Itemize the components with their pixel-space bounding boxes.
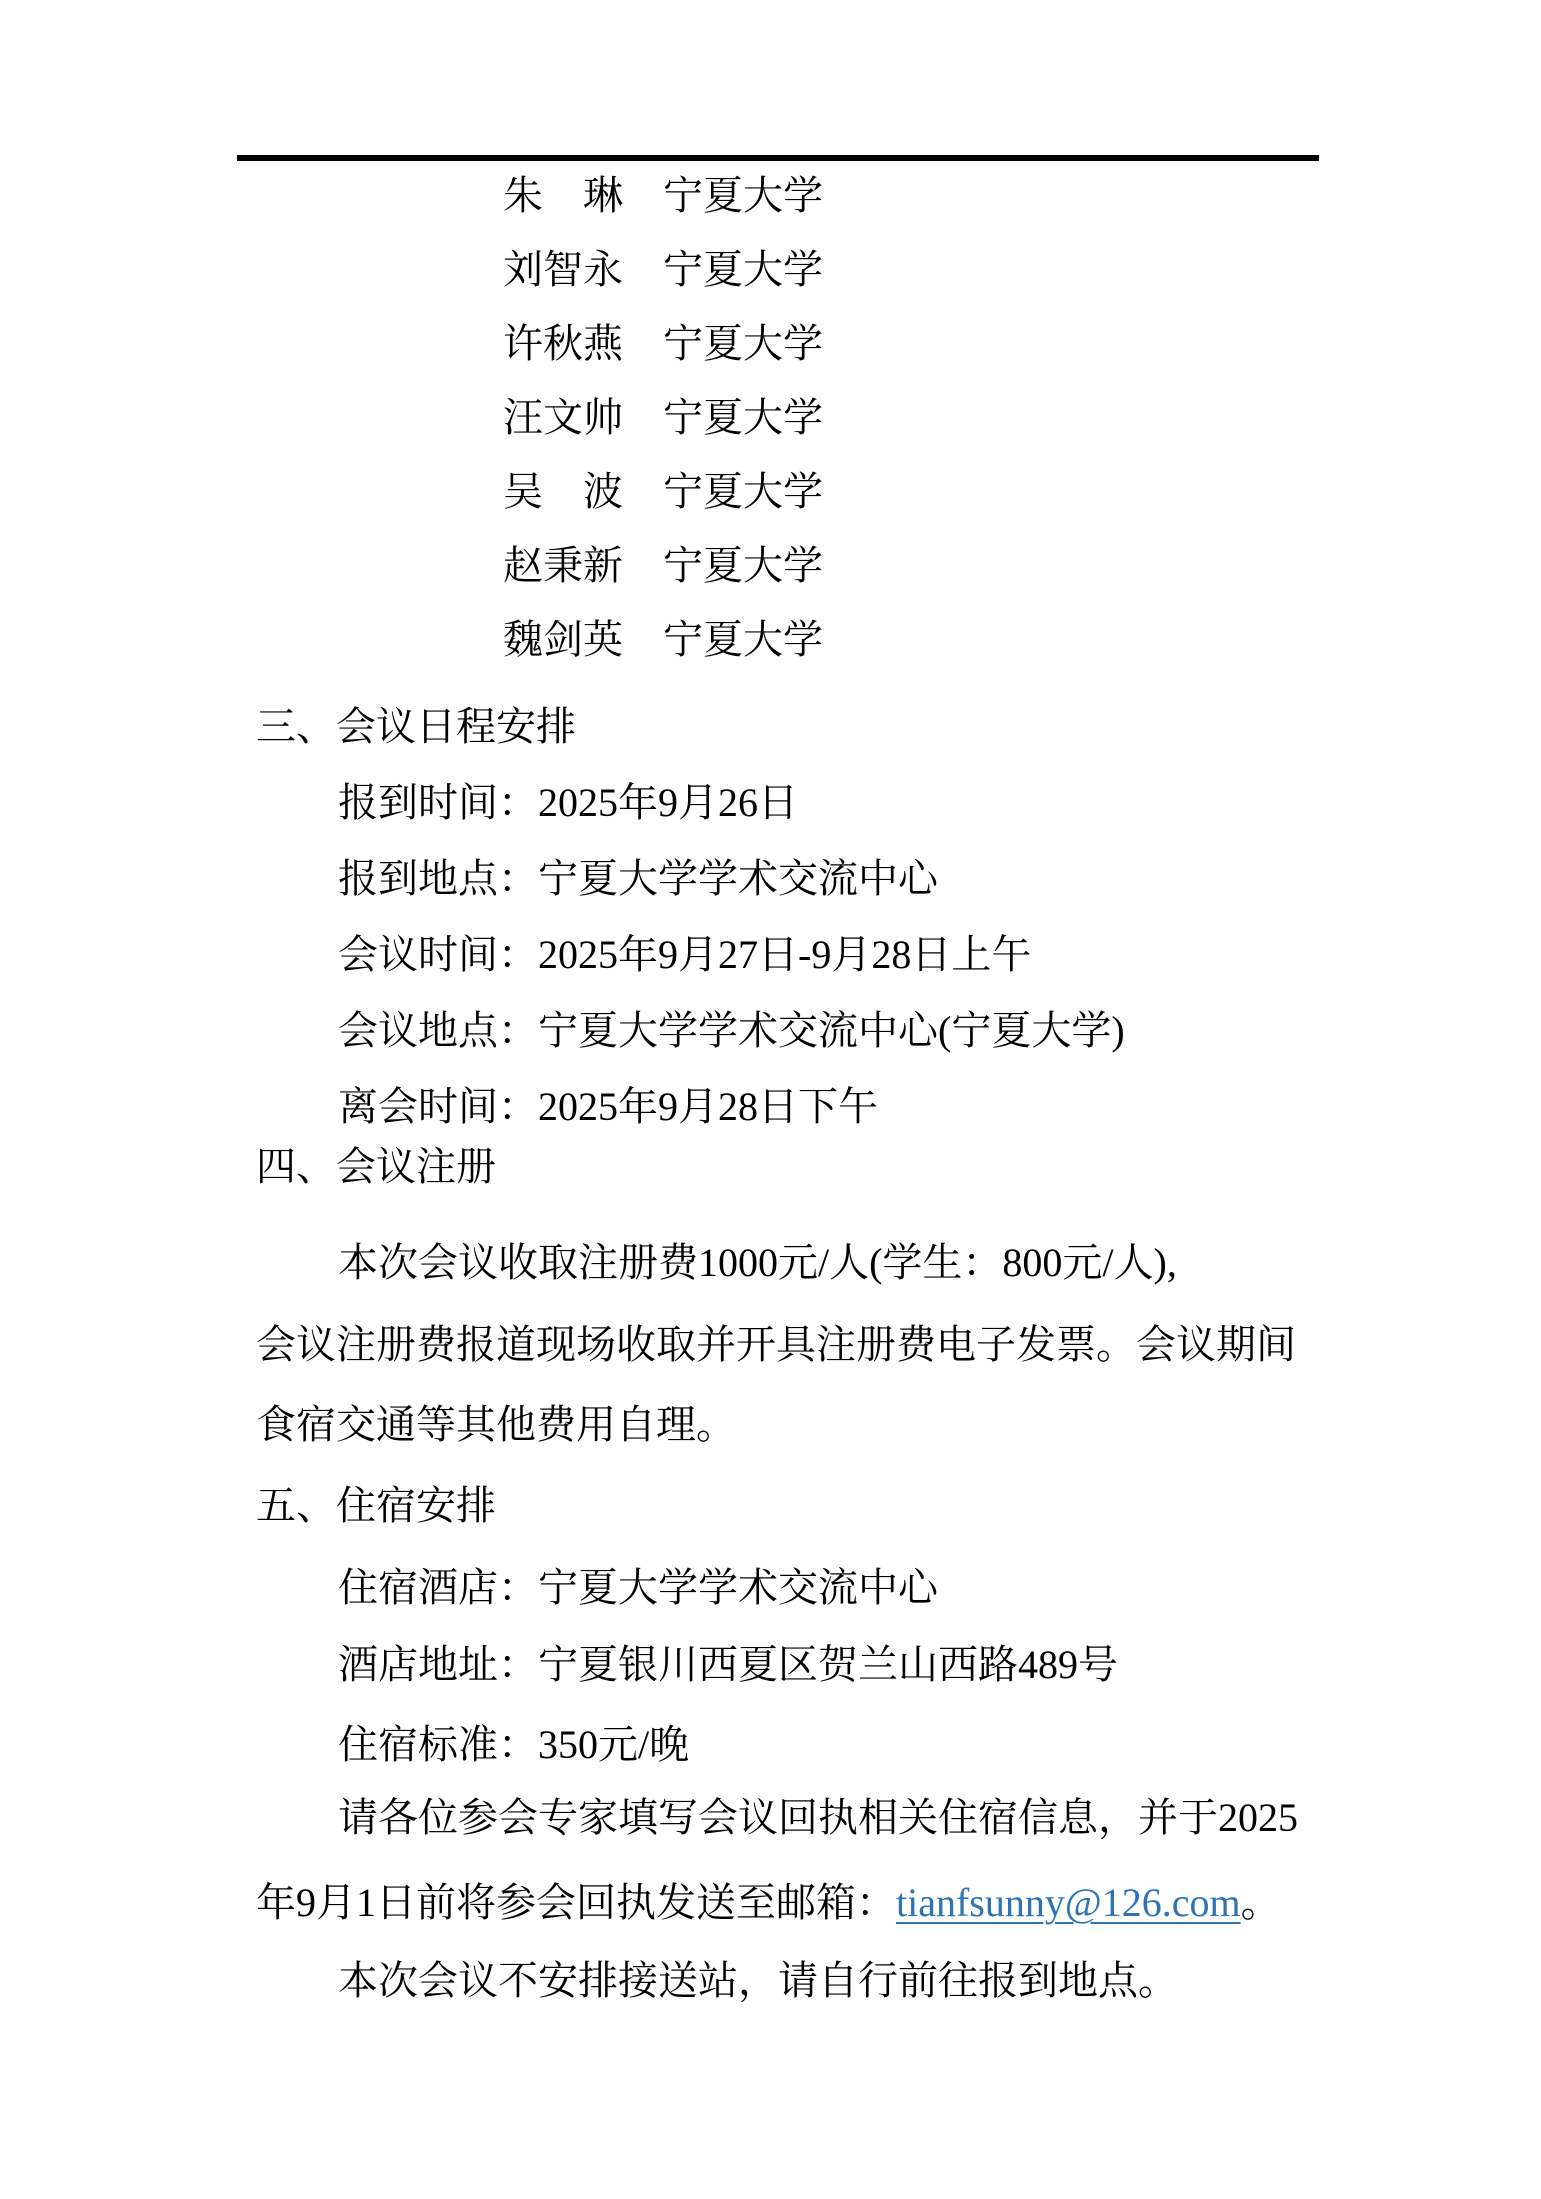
attendee-org: 宁夏大学 xyxy=(663,618,823,662)
section-heading-accommodation: 五、住宿安排 xyxy=(256,1484,496,1528)
schedule-checkin-place: 报到地点：宁夏大学学术交流中心 xyxy=(338,857,938,901)
attendee-name: 朱 琳 xyxy=(503,174,623,218)
registration-fee-line: 本次会议收取注册费1000元/人(学生：800元/人), xyxy=(338,1241,1177,1285)
attendee-name: 许秋燕 xyxy=(503,322,623,366)
schedule-meeting-time: 会议时间：2025年9月27日-9月28日上午 xyxy=(338,933,1031,977)
schedule-meeting-place: 会议地点：宁夏大学学术交流中心(宁夏大学) xyxy=(338,1009,1125,1053)
attendee-org: 宁夏大学 xyxy=(663,396,823,440)
attendee-org: 宁夏大学 xyxy=(663,470,823,514)
attendee-org: 宁夏大学 xyxy=(663,544,823,588)
attendee-row: 吴 波宁夏大学 xyxy=(503,470,823,514)
notice-reply-line1: 请各位参会专家填写会议回执相关住宿信息，并于2025 xyxy=(338,1796,1298,1840)
section-heading-registration: 四、会议注册 xyxy=(256,1145,496,1189)
notice-shuttle-line: 本次会议不安排接送站，请自行前往报到地点。 xyxy=(338,1959,1178,2003)
schedule-departure-time: 离会时间：2025年9月28日下午 xyxy=(338,1085,878,1129)
notice-reply-line2-suffix: 。 xyxy=(1241,1880,1281,1925)
attendee-name: 刘智永 xyxy=(503,248,623,292)
accommodation-hotel-line: 住宿酒店：宁夏大学学术交流中心 xyxy=(338,1566,938,1610)
attendee-row: 汪文帅宁夏大学 xyxy=(503,396,823,440)
notice-reply-line2: 年9月1日前将参会回执发送至邮箱：tianfsunny@126.com。 xyxy=(256,1881,1281,1925)
attendee-name: 赵秉新 xyxy=(503,544,623,588)
attendee-row: 朱 琳宁夏大学 xyxy=(503,174,823,218)
email-link[interactable]: tianfsunny@126.com xyxy=(896,1880,1241,1925)
attendee-row: 许秋燕宁夏大学 xyxy=(503,322,823,366)
accommodation-address-line: 酒店地址：宁夏银川西夏区贺兰山西路489号 xyxy=(338,1643,1118,1687)
attendee-name: 魏剑英 xyxy=(503,618,623,662)
attendee-org: 宁夏大学 xyxy=(663,174,823,218)
notice-reply-line2-prefix: 年9月1日前将参会回执发送至邮箱： xyxy=(256,1880,896,1925)
registration-expense-line: 食宿交通等其他费用自理。 xyxy=(256,1403,736,1447)
attendee-name: 吴 波 xyxy=(503,470,623,514)
section-heading-schedule: 三、会议日程安排 xyxy=(256,705,576,749)
registration-invoice-line: 会议注册费报道现场收取并开具注册费电子发票。会议期间 xyxy=(256,1323,1296,1367)
attendee-name: 汪文帅 xyxy=(503,396,623,440)
attendee-org: 宁夏大学 xyxy=(663,248,823,292)
schedule-checkin-time: 报到时间：2025年9月26日 xyxy=(338,781,798,825)
accommodation-rate-line: 住宿标准：350元/晚 xyxy=(338,1723,689,1767)
attendee-row: 魏剑英宁夏大学 xyxy=(503,618,823,662)
header-rule xyxy=(237,155,1319,161)
attendee-row: 刘智永宁夏大学 xyxy=(503,248,823,292)
attendee-row: 赵秉新宁夏大学 xyxy=(503,544,823,588)
document-page: 朱 琳宁夏大学 刘智永宁夏大学 许秋燕宁夏大学 汪文帅宁夏大学 吴 波宁夏大学 … xyxy=(0,0,1541,2199)
attendee-org: 宁夏大学 xyxy=(663,322,823,366)
